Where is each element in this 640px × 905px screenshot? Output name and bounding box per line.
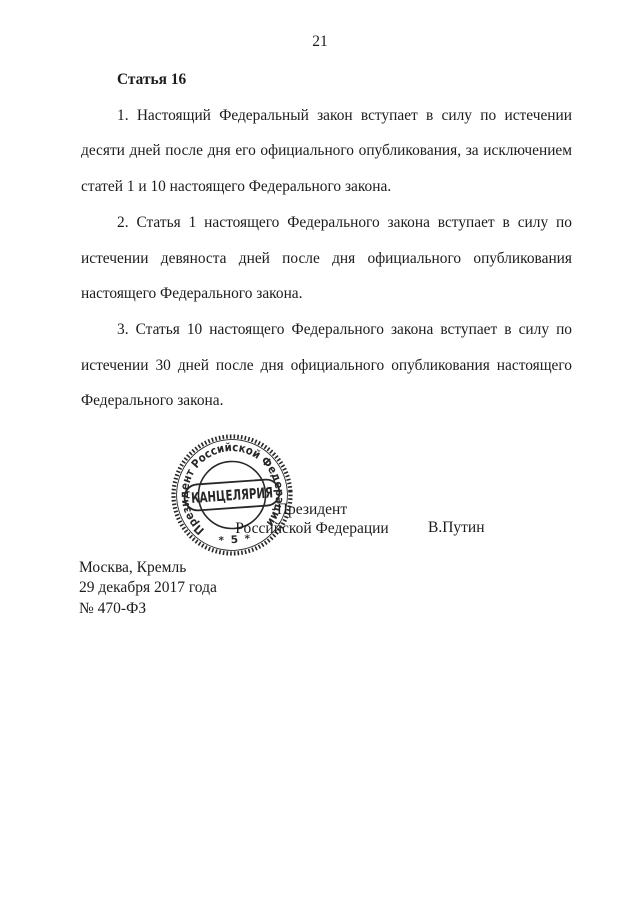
- document-body: Статья 16 1. Настоящий Федеральный закон…: [81, 62, 572, 419]
- stamp-bottom-number: * 5 *: [218, 533, 252, 547]
- law-number: № 470-ФЗ: [79, 599, 217, 619]
- chancellery-stamp-icon: Президент Российской Федерации КАНЦЕЛЯРИ…: [166, 429, 298, 561]
- issuance-block: Москва, Кремль 29 декабря 2017 года № 47…: [79, 558, 217, 619]
- paragraph-1: 1. Настоящий Федеральный закон вступает …: [81, 98, 572, 205]
- paragraph-2: 2. Статья 1 настоящего Федерального зако…: [81, 205, 572, 312]
- issuance-date: 29 декабря 2017 года: [79, 578, 217, 598]
- signatory-name: В.Путин: [428, 519, 485, 537]
- issuance-place: Москва, Кремль: [79, 558, 217, 578]
- paragraph-3: 3. Статья 10 настоящего Федерального зак…: [81, 312, 572, 419]
- stamp-seal-icon: Президент Российской Федерации КАНЦЕЛЯРИ…: [166, 429, 298, 561]
- article-heading: Статья 16: [81, 62, 572, 98]
- page-number: 21: [0, 33, 640, 51]
- document-page: 21 Статья 16 1. Настоящий Федеральный за…: [0, 0, 640, 905]
